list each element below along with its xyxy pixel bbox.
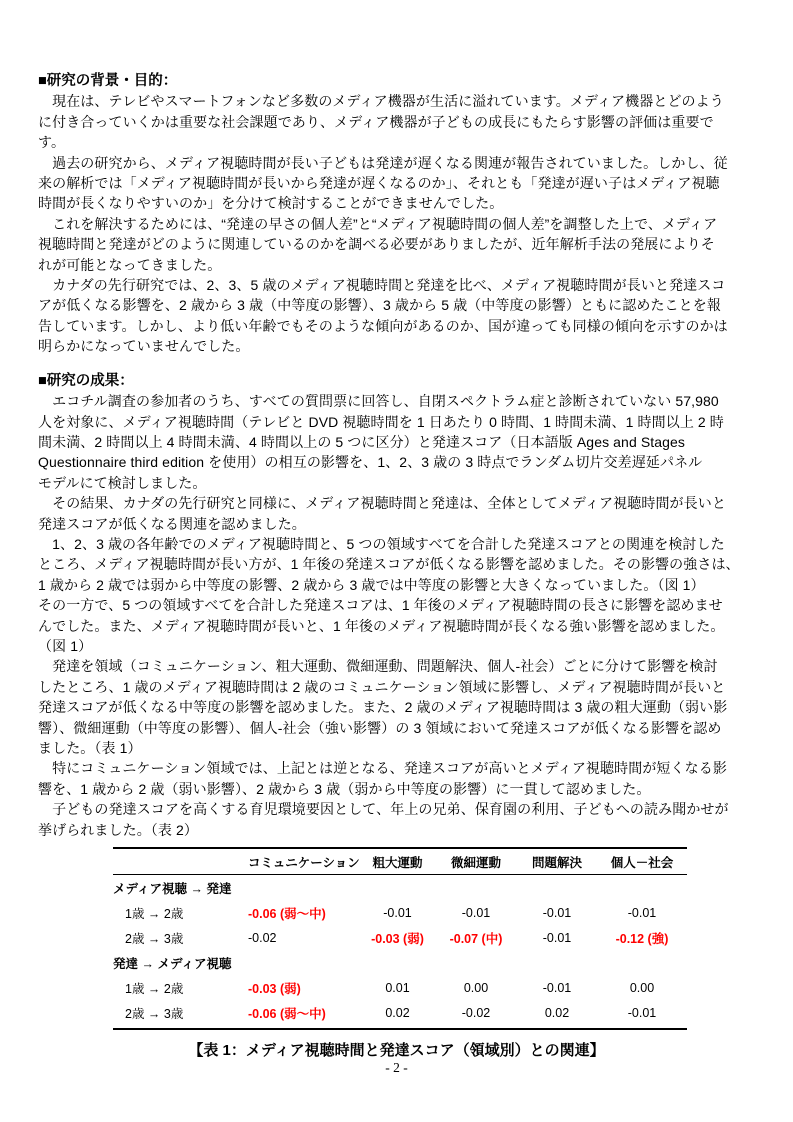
table-body: メディア視聴 → 発達1歳 → 2歳-0.06 (弱～中)-0.01-0.01-… [113, 875, 687, 1025]
text-line: ました。（表 1） [38, 738, 758, 758]
table-caption: 【表 1：メディア視聴時間と発達スコア（領域別）との関連】 [0, 1039, 793, 1060]
text-line: その一方で、5 つの領域すべてを合計した発達スコアは、1 年後のメディア視聴時間… [38, 595, 758, 615]
table-cell: 0.00 [597, 981, 687, 995]
row-label: 2歳 → 3歳 [113, 929, 248, 947]
text-line: （図 1） [38, 636, 758, 656]
header-cell: コミュニケーション [248, 853, 360, 871]
text-line: 視聴時間と発達がどのように関連しているのかを調べる必要がありましたが、近年解析手… [38, 234, 758, 254]
table-cell: -0.07 (中) [435, 929, 517, 947]
text-line: これを解決するためには、“発達の早さの個人差”と“メディア視聴時間の個人差”を調… [38, 214, 758, 234]
table-row: 2歳 → 3歳-0.02-0.03 (弱)-0.07 (中)-0.01-0.12… [113, 925, 687, 950]
table-cell: -0.01 [517, 931, 597, 945]
text-line: 発達スコアが低くなる関連を認めました。 [38, 514, 758, 534]
page-number: - 2 - [0, 1060, 793, 1076]
text-line: したところ、1 歳のメディア視聴時間は 2 歳のコミュニケーション領域に影響し、… [38, 677, 758, 697]
header-cell: 問題解決 [517, 853, 597, 871]
table-cell: -0.01 [360, 906, 435, 920]
table-1: コミュニケーション粗大運動微細運動問題解決個人－社会 メディア視聴 → 発達1歳… [113, 847, 687, 1030]
text-line: 来の解析では「メディア視聴時間が長いから発達が遅くなるのか」、それとも「発達が遅… [38, 173, 758, 193]
table-cell: -0.02 [248, 931, 360, 945]
row-label: 1歳 → 2歳 [113, 979, 248, 997]
text-line: 発達スコアが低くなる中等度の影響を認めました。また、2 歳のメディア視聴時間は … [38, 697, 758, 717]
text-line: 人を対象に、メディア視聴時間（テレビと DVD 視聴時間を 1 日あたり 0 時… [38, 412, 758, 432]
text-line: 発達を領域（コミュニケーション、粗大運動、微細運動、問題解決、個人-社会）ごとに… [38, 656, 758, 676]
section-heading: ■研究の成果： [38, 371, 758, 391]
table-cell: -0.06 (弱～中) [248, 1004, 360, 1022]
table-cell: 0.02 [517, 1006, 597, 1020]
text-line: 子どもの発達スコアを高くする育児環境要因として、年上の兄弟、保育園の利用、子ども… [38, 799, 758, 819]
text-line: 響を、1 歳から 2 歳（弱い影響）、2 歳から 3 歳（弱から中等度の影響）に… [38, 779, 758, 799]
text-line: エコチル調査の参加者のうち、すべての質問票に回答し、自閉スペクトラム症と診断され… [38, 391, 758, 411]
section-heading: ■研究の背景・目的： [38, 71, 758, 91]
section-1: ■研究の背景・目的： 現在は、テレビやスマートフォンなど多数のメディア機器が生活… [38, 71, 758, 357]
table-cell: -0.01 [597, 1006, 687, 1020]
table-cell: -0.01 [597, 906, 687, 920]
table-group-label: メディア視聴 → 発達 [113, 875, 687, 900]
text-line: ところ、メディア視聴時間が長い方が、1 年後の発達スコアが低くなる影響を認めまし… [38, 554, 758, 574]
table-row: 1歳 → 2歳-0.03 (弱)0.010.00-0.010.00 [113, 975, 687, 1000]
text-line: 間未満、2 時間以上 4 時間未満、4 時間以上の 5 つに区分）と発達スコア（… [38, 432, 758, 452]
text-line: 現在は、テレビやスマートフォンなど多数のメディア機器が生活に溢れています。メディ… [38, 91, 758, 111]
text-line: に付き合っていくかは重要な社会課題であり、メディア機器が子どもの成長にもたらす影… [38, 112, 758, 132]
row-label: 1歳 → 2歳 [113, 904, 248, 922]
header-cell: 粗大運動 [360, 853, 435, 871]
text-line: 特にコミュニケーション領域では、上記とは逆となる、発達スコアが高いとメディア視聴… [38, 758, 758, 778]
text-line: 明らかになっていませんでした。 [38, 336, 758, 356]
table-cell: 0.00 [435, 981, 517, 995]
text-line: 1、2、3 歳の各年齢でのメディア視聴時間と、5 つの領域すべてを合計した発達ス… [38, 534, 758, 554]
text-line: す。 [38, 132, 758, 152]
header-cell: 個人－社会 [597, 853, 687, 871]
table-cell: 0.01 [360, 981, 435, 995]
table-cell: -0.01 [517, 981, 597, 995]
table-cell: -0.03 (弱) [248, 979, 360, 997]
table-cell: -0.01 [517, 906, 597, 920]
table-cell: 0.02 [360, 1006, 435, 1020]
table-row: 2歳 → 3歳-0.06 (弱～中)0.02-0.020.02-0.01 [113, 1000, 687, 1025]
table-cell: -0.02 [435, 1006, 517, 1020]
section-2: ■研究の成果： エコチル調査の参加者のうち、すべての質問票に回答し、自閉スペクト… [38, 371, 758, 840]
text-line: その結果、カナダの先行研究と同様に、メディア視聴時間と発達は、全体としてメディア… [38, 493, 758, 513]
row-label: 2歳 → 3歳 [113, 1004, 248, 1022]
text-line: モデルにて検討しました。 [38, 473, 758, 493]
text-line: んでした。また、メディア視聴時間が長いと、1 年後のメディア視聴時間が長くなる強… [38, 616, 758, 636]
table-group-label: 発達 → メディア視聴 [113, 950, 687, 975]
table-row: 1歳 → 2歳-0.06 (弱～中)-0.01-0.01-0.01-0.01 [113, 900, 687, 925]
text-line: れが可能となってきました。 [38, 255, 758, 275]
text-line: Questionnaire third edition を使用）の相互の影響を、… [38, 452, 758, 472]
text-line: 挙げられました。（表 2） [38, 820, 758, 840]
table-cell: -0.06 (弱～中) [248, 904, 360, 922]
text-line: アが低くなる影響を、2 歳から 3 歳（中等度の影響）、3 歳から 5 歳（中等… [38, 295, 758, 315]
table-cell: -0.12 (強) [597, 929, 687, 947]
text-line: カナダの先行研究では、2、3、5 歳のメディア視聴時間と発達を比べ、メディア視聴… [38, 275, 758, 295]
text-line: 過去の研究から、メディア視聴時間が長い子どもは発達が遅くなる関連が報告されていま… [38, 153, 758, 173]
document-page: ■研究の背景・目的： 現在は、テレビやスマートフォンなど多数のメディア機器が生活… [0, 0, 793, 1122]
table-header-row: コミュニケーション粗大運動微細運動問題解決個人－社会 [113, 849, 687, 875]
header-cell: 微細運動 [435, 853, 517, 871]
text-line: 告しています。しかし、より低い年齢でもそのような傾向があるのか、国が違っても同様… [38, 316, 758, 336]
text-sections: ■研究の背景・目的： 現在は、テレビやスマートフォンなど多数のメディア機器が生活… [38, 71, 758, 840]
table-cell: -0.01 [435, 906, 517, 920]
text-line: 響）、微細運動（中等度の影響）、個人-社会（強い影響）の 3 領域において発達ス… [38, 718, 758, 738]
text-line: 時間が長くなりやすいのか」を分けて検討することができませんでした。 [38, 193, 758, 213]
text-line: 1 歳から 2 歳では弱から中等度の影響、2 歳から 3 歳では中等度の影響と大… [38, 575, 758, 595]
table-cell: -0.03 (弱) [360, 929, 435, 947]
